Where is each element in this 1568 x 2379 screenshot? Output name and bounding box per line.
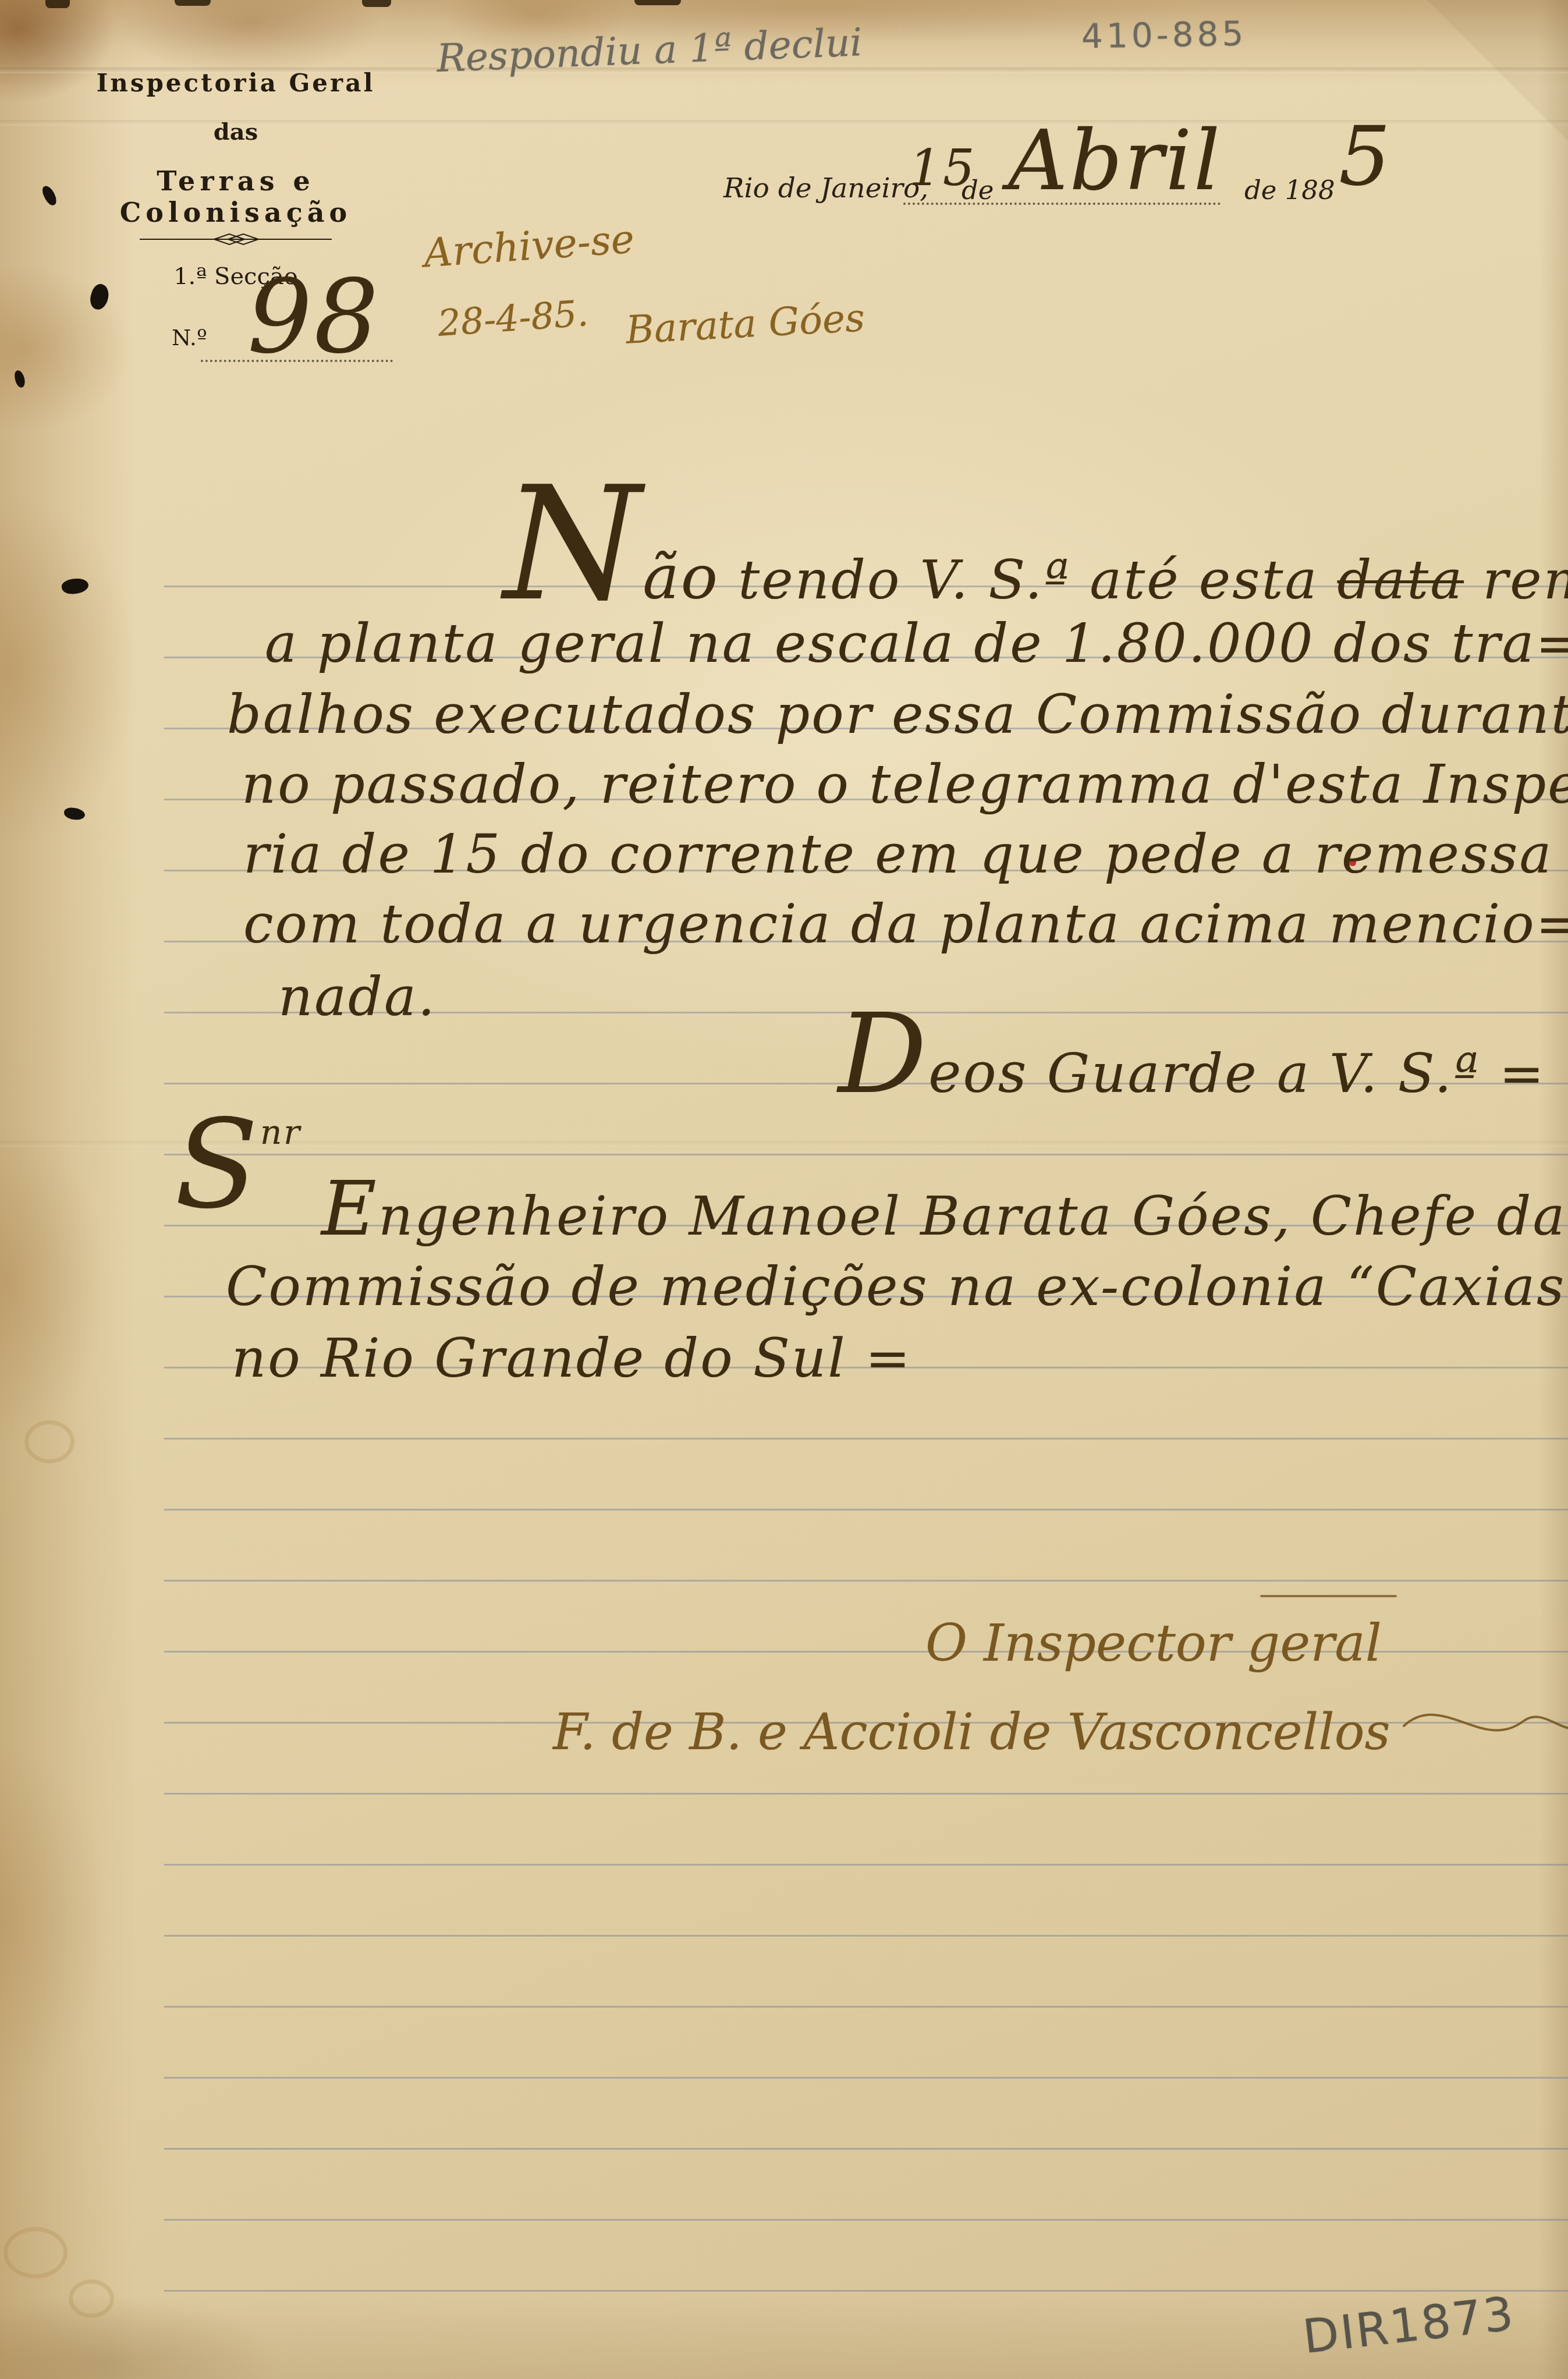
addressee-initial: E [321, 1171, 378, 1246]
handwritten-month: Abril [1008, 120, 1222, 203]
edge-tear [362, 0, 391, 7]
ring-stain [69, 2279, 114, 2318]
salutation-superscript: nr [260, 1115, 301, 1149]
printed-city: Rio de Janeiro, [723, 172, 928, 204]
body-line: ria de 15 do corrente em que pede a reme… [243, 828, 1553, 881]
body-line: a planta geral na escala de 1.80.000 dos… [265, 617, 1568, 671]
edge-tear [45, 0, 70, 8]
letterhead-title-line3: Terras e Colonisação [55, 165, 416, 228]
ring-stain [3, 2227, 68, 2278]
opening-initial: N [503, 466, 643, 623]
signer-title: O Inspector geral [925, 1613, 1382, 1673]
document-number: 98 [247, 267, 381, 368]
edge-tear [175, 0, 211, 6]
ornament-divider [140, 232, 332, 247]
addressee-salutation: Snr [175, 1104, 301, 1226]
letterhead-title-line1: Inspectoria Geral [55, 69, 416, 97]
addressee-line-1: Engenheiro Manoel Barata Góes, Chefe da [321, 1171, 1566, 1247]
opening-text: tendo V. S.ª até esta [719, 554, 1337, 607]
body-line: nada. [278, 970, 437, 1024]
addressee-line-2: Commissão de medições na ex-colonia “Cax… [226, 1260, 1568, 1314]
opening-initial-rest: ão [643, 547, 719, 608]
struck-word: data [1338, 554, 1464, 607]
stain-left-band [0, 0, 137, 2379]
pen-stroke [1260, 1595, 1397, 1597]
handwritten-year-digit: 5 [1339, 116, 1392, 198]
body-line: balhos executados por essa Commissão dur… [227, 688, 1568, 742]
salutation-initial: S [175, 1104, 260, 1226]
signature-flourish [1401, 1685, 1568, 1749]
edge-tear [634, 0, 681, 5]
manuscript-page: Inspectoria Geral das Terras e Colonisaç… [0, 0, 1568, 2379]
signature-name: F. de B. e Accioli de Vasconcellos [553, 1703, 1390, 1761]
pencil-register-number: 410-885 [1081, 14, 1247, 56]
ring-stain [24, 1420, 75, 1463]
printed-year-prefix: de 188 [1244, 175, 1335, 205]
closing-initial: D [838, 999, 928, 1109]
printed-de: de [962, 175, 994, 205]
body-line-opening: Não tendo V. S.ª até esta data remettido [503, 466, 1568, 623]
letterhead-title-line2: das [55, 118, 416, 146]
addressee-name-title: ngenheiro Manoel Barata Góes, Chefe da [378, 1185, 1566, 1247]
closing-salute: Deos Guarde a V. S.ª = [838, 999, 1546, 1109]
body-line: no passado, reitero o telegramma d'esta … [242, 758, 1568, 811]
opening-text-tail: remettido [1464, 554, 1568, 607]
closing-initial-rest: eos [928, 1046, 1028, 1101]
body-line: com toda a urgencia da planta acima menc… [243, 898, 1568, 951]
addressee-line-3: no Rio Grande do Sul = [232, 1332, 912, 1385]
signature: F. de B. e Accioli de Vasconcellos [553, 1685, 1568, 1761]
closing-text: Guarde a V. S.ª = [1028, 1047, 1546, 1101]
